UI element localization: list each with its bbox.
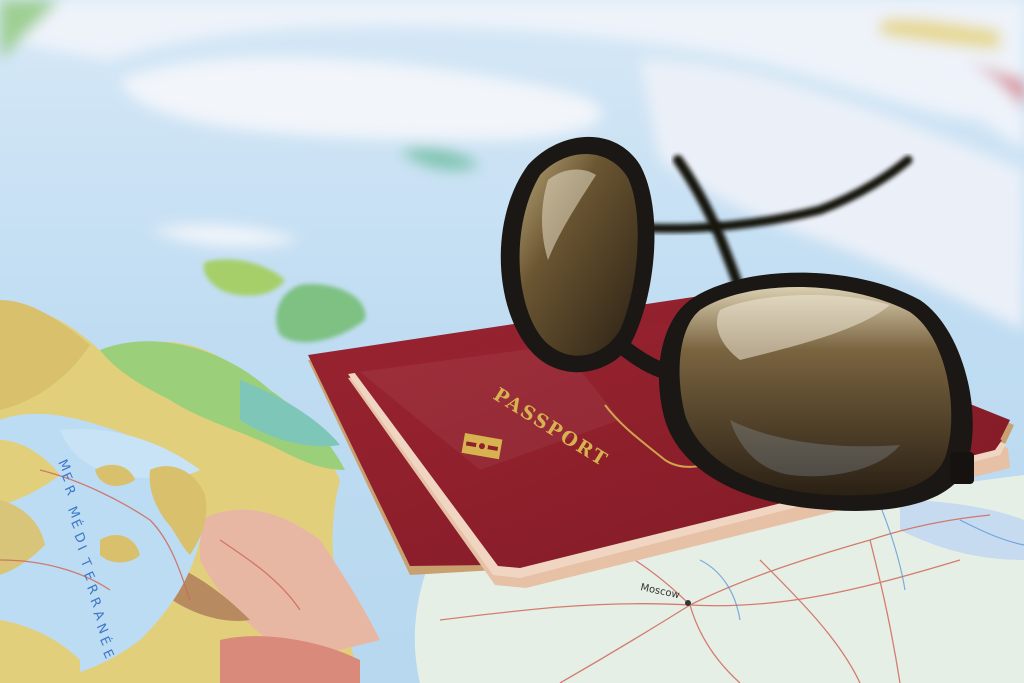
map-background: Moscow MERMÉDITERRANÉE PASSPORT — [0, 0, 1024, 683]
moscow-marker — [685, 600, 691, 606]
photo-scene: Moscow MERMÉDITERRANÉE PASSPORT — [0, 0, 1024, 683]
